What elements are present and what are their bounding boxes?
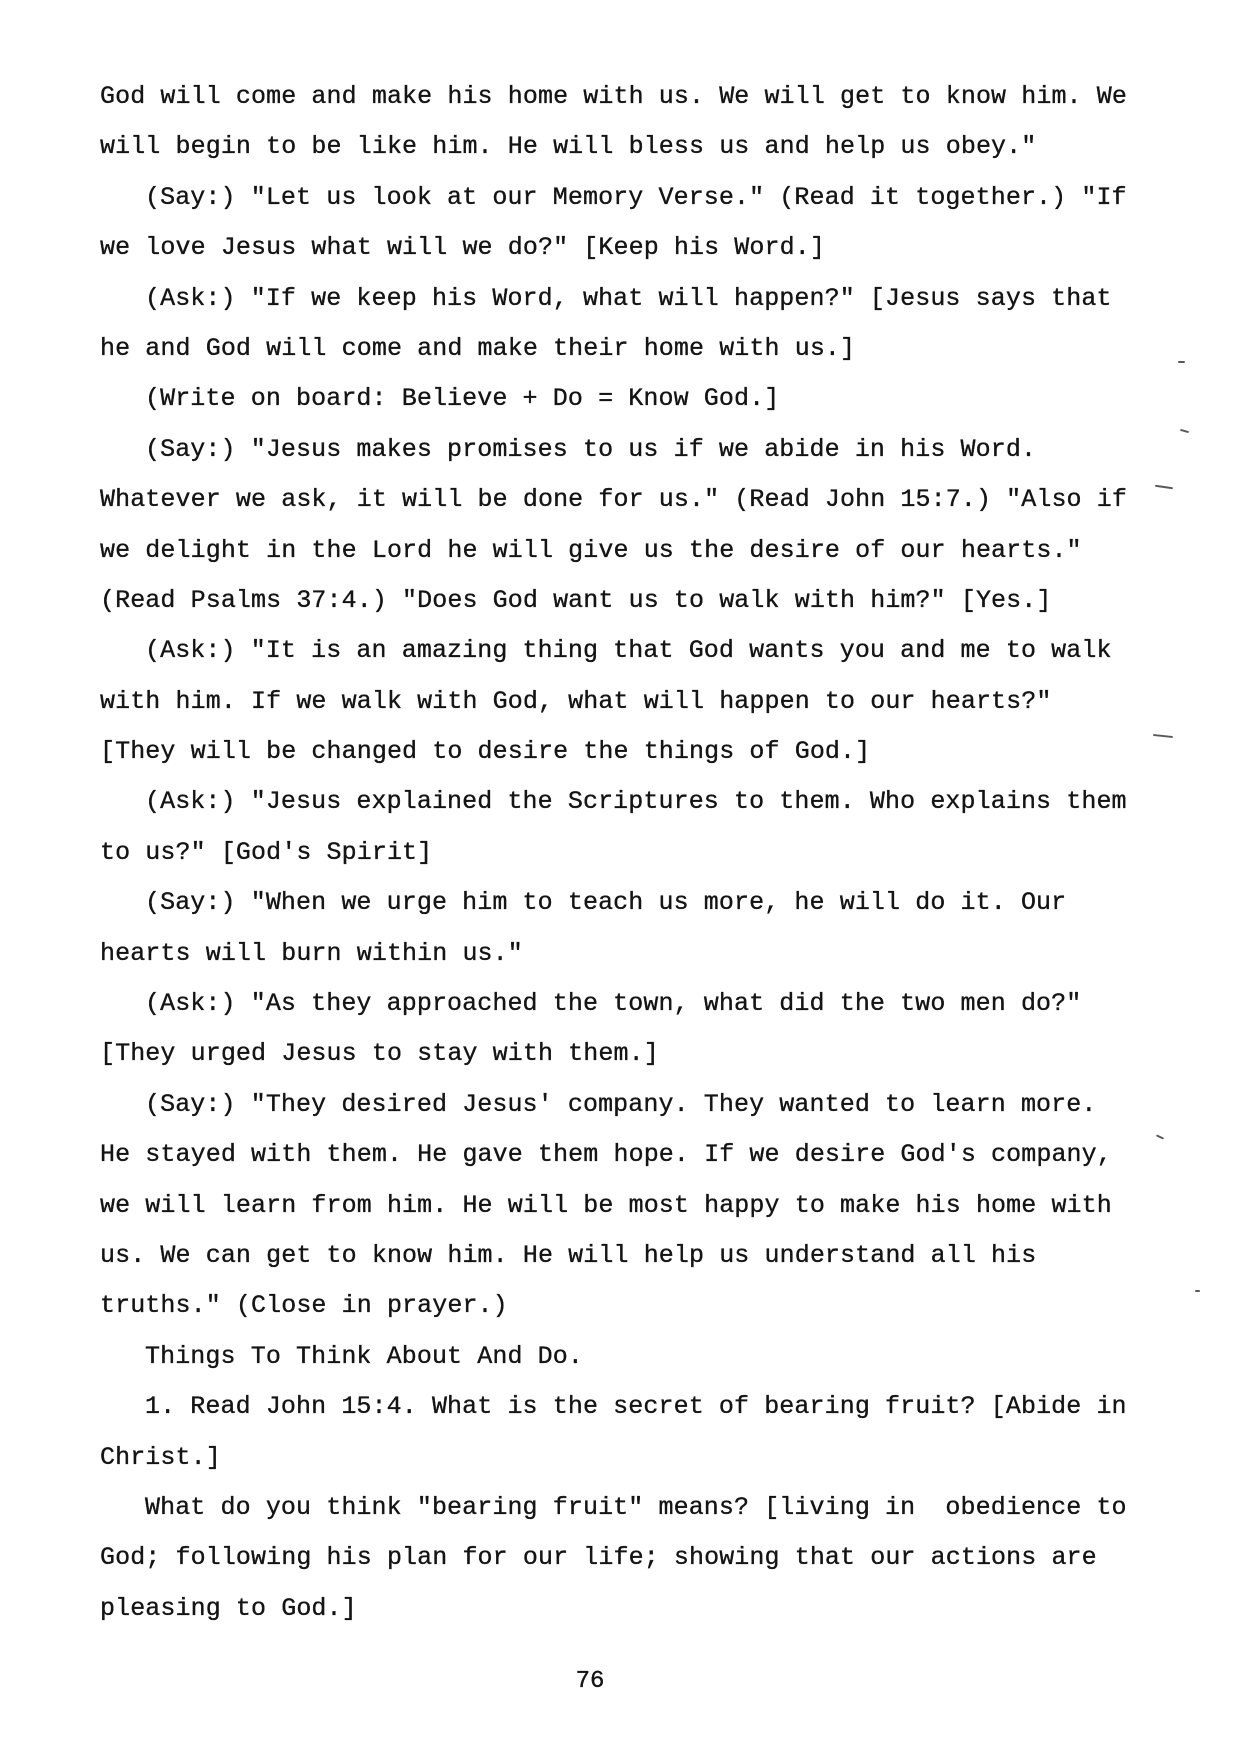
text-line: (Say:) "When we urge him to teach us mor… (100, 878, 1180, 928)
page-number: 76 (0, 1668, 1180, 1695)
text-line: Whatever we ask, it will be done for us.… (100, 475, 1180, 525)
text-line: we will learn from him. He will be most … (100, 1181, 1180, 1231)
text-line: (Ask:) "As they approached the town, wha… (100, 979, 1180, 1029)
scan-artifact (1180, 429, 1189, 433)
text-line: (Ask:) "Jesus explained the Scriptures t… (100, 777, 1180, 827)
scan-artifact (1195, 1290, 1200, 1292)
text-line: will begin to be like him. He will bless… (100, 122, 1180, 172)
text-line: [They will be changed to desire the thin… (100, 727, 1180, 777)
text-line: Things To Think About And Do. (100, 1332, 1180, 1382)
text-line: He stayed with them. He gave them hope. … (100, 1130, 1180, 1180)
text-line: (Write on board: Believe + Do = Know God… (100, 374, 1180, 424)
text-line: What do you think "bearing fruit" means?… (100, 1483, 1180, 1533)
text-line: (Read Psalms 37:4.) "Does God want us to… (100, 576, 1180, 626)
document-page: God will come and make his home with us.… (0, 0, 1240, 1753)
text-line: (Ask:) "It is an amazing thing that God … (100, 626, 1180, 676)
text-line: (Say:) "Let us look at our Memory Verse.… (100, 173, 1180, 223)
text-line: (Say:) "Jesus makes promises to us if we… (100, 425, 1180, 475)
scan-artifact (1178, 361, 1185, 363)
text-line: God will come and make his home with us.… (100, 72, 1180, 122)
text-line: us. We can get to know him. He will help… (100, 1231, 1180, 1281)
text-line: to us?" [God's Spirit] (100, 828, 1180, 878)
text-line: we delight in the Lord he will give us t… (100, 526, 1180, 576)
text-line: (Say:) "They desired Jesus' company. The… (100, 1080, 1180, 1130)
text-line: God; following his plan for our life; sh… (100, 1533, 1180, 1583)
text-line: 1. Read John 15:4. What is the secret of… (100, 1382, 1180, 1432)
text-line: hearts will burn within us." (100, 929, 1180, 979)
text-line: pleasing to God.] (100, 1584, 1180, 1634)
text-line: (Ask:) "If we keep his Word, what will h… (100, 274, 1180, 324)
text-line: with him. If we walk with God, what will… (100, 677, 1180, 727)
body-text: God will come and make his home with us.… (100, 72, 1180, 1634)
text-line: truths." (Close in prayer.) (100, 1281, 1180, 1331)
text-line: [They urged Jesus to stay with them.] (100, 1029, 1180, 1079)
text-line: Christ.] (100, 1433, 1180, 1483)
text-line: he and God will come and make their home… (100, 324, 1180, 374)
text-line: we love Jesus what will we do?" [Keep hi… (100, 223, 1180, 273)
